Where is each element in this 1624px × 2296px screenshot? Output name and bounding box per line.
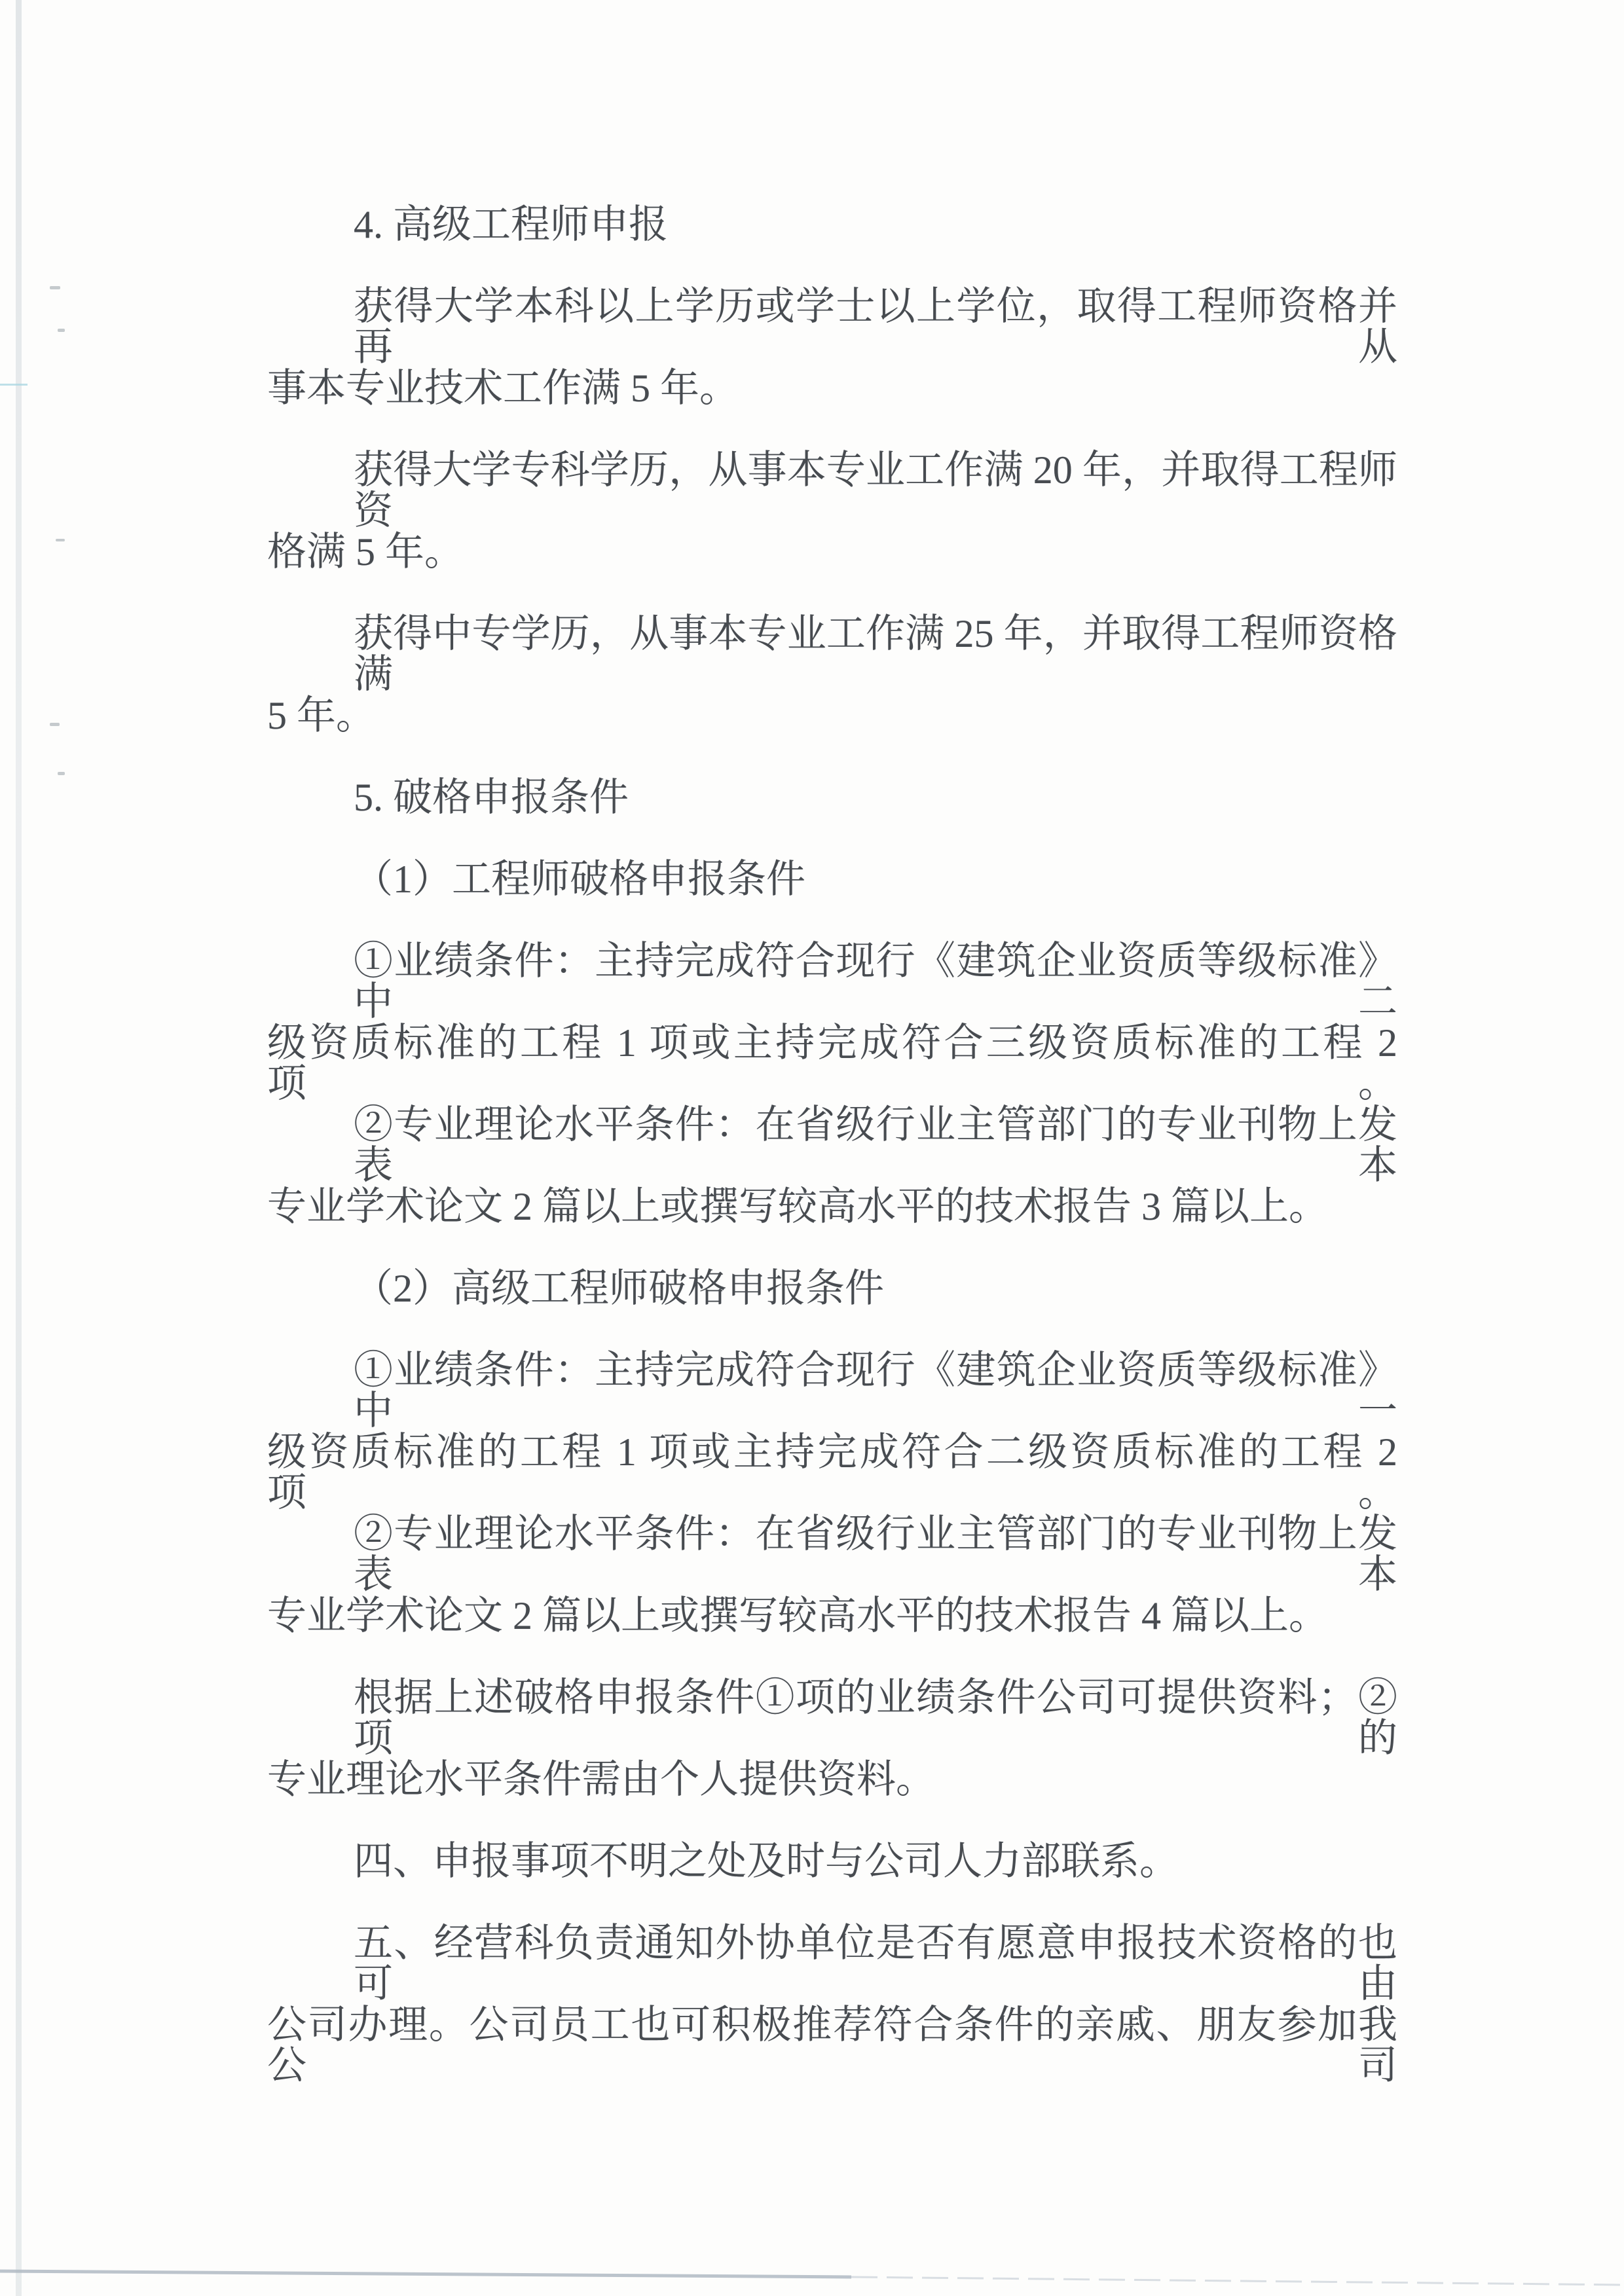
item-four-contact-hr: 四、申报事项不明之处及时与公司人力部联系。 xyxy=(267,1841,1397,1923)
text-line: 公司办理。公司员工也可积极推荐符合条件的亲戚、朋友参加我公司 xyxy=(267,2005,1397,2086)
heading-exception-application-conditions: 5. 破格申报条件 xyxy=(267,777,1397,859)
text-line: ①业绩条件：主持完成符合现行《建筑企业资质等级标准》中二 xyxy=(267,941,1397,1023)
text-line: ②专业理论水平条件：在省级行业主管部门的专业刊物上发表本 xyxy=(267,1514,1397,1595)
text-line: 5 年。 xyxy=(267,695,1397,777)
text-line: 专业学术论文 2 篇以上或撰写较高水平的技术报告 3 篇以上。 xyxy=(267,1186,1397,1268)
text-line: 事本专业技术工作满 5 年。 xyxy=(267,368,1397,450)
text-line: ②专业理论水平条件：在省级行业主管部门的专业刊物上发表本 xyxy=(267,1104,1397,1186)
subheading-senior-engineer-exception: （2）高级工程师破格申报条件 xyxy=(267,1268,1397,1350)
text-line: 格满 5 年。 xyxy=(267,532,1397,613)
text-line: 获得大学本科以上学历或学士以上学位，取得工程师资格并再从 xyxy=(267,286,1397,368)
text-line: ①业绩条件：主持完成符合现行《建筑企业资质等级标准》中一 xyxy=(267,1350,1397,1432)
text-line: 级资质标准的工程 1 项或主持完成符合二级资质标准的工程 2 项。 xyxy=(267,1432,1397,1514)
document-text-block: 4. 高级工程师申报 获得大学本科以上学历或学士以上学位，取得工程师资格并再从 … xyxy=(267,204,1397,2086)
text-line: 专业学术论文 2 篇以上或撰写较高水平的技术报告 4 篇以上。 xyxy=(267,1595,1397,1677)
text-line: 根据上述破格申报条件①项的业绩条件公司可提供资料；②项的 xyxy=(267,1677,1397,1759)
text-line: 获得中专学历，从事本专业工作满 25 年，并取得工程师资格满 xyxy=(267,613,1397,695)
item-five-external-units: 五、经营科负责通知外协单位是否有愿意申报技术资格的也可由 xyxy=(267,1923,1397,2005)
subheading-engineer-exception: （1）工程师破格申报条件 xyxy=(267,859,1397,941)
scanned-document-page: 4. 高级工程师申报 获得大学本科以上学历或学士以上学位，取得工程师资格并再从 … xyxy=(0,0,1624,2296)
text-line: 专业理论水平条件需由个人提供资料。 xyxy=(267,1759,1397,1841)
text-line: 获得大学专科学历，从事本专业工作满 20 年，并取得工程师资 xyxy=(267,450,1397,532)
text-line: 级资质标准的工程 1 项或主持完成符合三级资质标准的工程 2 项。 xyxy=(267,1023,1397,1104)
heading-senior-engineer-application: 4. 高级工程师申报 xyxy=(267,204,1397,286)
